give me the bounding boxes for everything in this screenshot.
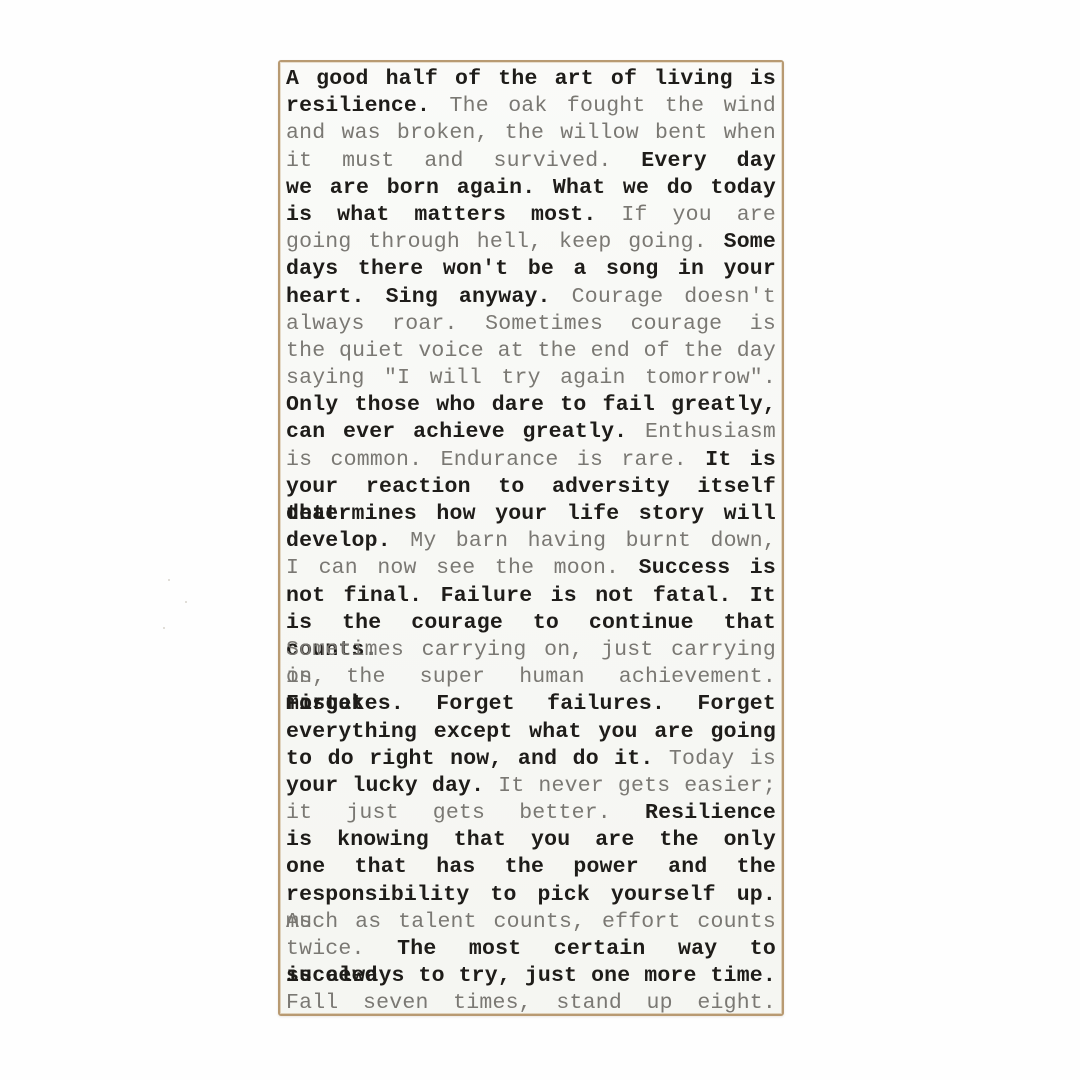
text-line: determines how your life story will [286,501,776,528]
quote-segment-dark: one that has the power and the [286,855,776,879]
photo-background: A good half of the art of living isresil… [0,0,1080,1080]
text-line: one that has the power and the [286,854,776,881]
text-line: much as talent counts, effort counts [286,909,776,936]
text-line: Fall seven times, stand up eight. [286,990,776,1017]
text-line: the quiet voice at the end of the day [286,338,776,365]
text-line: resilience. The oak fought the wind [286,93,776,120]
quote-sign-board: A good half of the art of living isresil… [278,60,784,1016]
text-line: is common. Endurance is rare. It is [286,447,776,474]
quote-segment-dark: to do right now, and do it. [286,747,654,771]
text-line: going through hell, keep going. Some [286,229,776,256]
quote-segment-dark: heart. Sing anyway. [286,285,551,309]
quote-segment-light: Fall seven times, stand up eight. [286,991,776,1015]
text-line: responsibility to pick yourself up. As [286,882,776,909]
text-line: days there won't be a song in your [286,256,776,283]
quote-segment-dark: Only those who dare to fail greatly, [286,393,776,417]
text-line: is the super human achievement. Forget [286,664,776,691]
quote-segment-dark: Resilience [611,801,776,825]
text-line: not final. Failure is not fatal. It [286,583,776,610]
quote-segment-light: My barn having burnt down, [391,529,776,553]
quote-segment-light: The oak fought the wind [430,94,776,118]
quote-segment-dark: develop. [286,529,391,553]
text-line: Sometimes carrying on, just carrying on, [286,637,776,664]
text-line: heart. Sing anyway. Courage doesn't [286,284,776,311]
quote-segment-light: Today is [654,747,777,771]
quote-segment-light: is the super human achievement. [286,665,776,689]
quote-segment-light: Courage doesn't [551,285,776,309]
text-line: A good half of the art of living is [286,66,776,93]
text-line: mistakes. Forget failures. Forget [286,691,776,718]
text-line: twice. The most certain way to succeed [286,936,776,963]
text-line: and was broken, the willow bent when [286,120,776,147]
quote-segment-dark: is always to try, just one more time. [286,964,776,988]
quote-segment-dark: is what matters most. [286,203,597,227]
quote-segment-dark: responsibility to pick yourself up. [286,883,776,907]
text-line: everything except what you are going [286,719,776,746]
text-line: can ever achieve greatly. Enthusiasm [286,419,776,446]
dust-speck [168,579,170,581]
quote-segment-dark: resilience. [286,94,430,118]
text-line: develop. My barn having burnt down, [286,528,776,555]
quote-segment-dark: A good half of the art of living is [286,67,776,91]
text-line: always roar. Sometimes courage is [286,311,776,338]
quote-segment-light: I can now see the moon. [286,556,619,580]
quote-segment-dark: days there won't be a song in your [286,257,776,281]
quote-segment-light: is common. Endurance is rare. [286,448,687,472]
quote-text-block: A good half of the art of living isresil… [286,66,776,1018]
text-line: it just gets better. Resilience [286,800,776,827]
quote-segment-dark: mistakes. Forget failures. Forget [286,692,776,716]
quote-segment-light: it must and survived. [286,149,611,173]
quote-segment-light: If you are [597,203,776,227]
text-line: it must and survived. Every day [286,148,776,175]
text-line: is what matters most. If you are [286,202,776,229]
quote-segment-light: saying "I will try again tomorrow". [286,366,776,390]
quote-segment-dark: Some [707,230,776,254]
quote-segment-light: It never gets easier; [484,774,776,798]
quote-segment-light: Enthusiasm [627,420,776,444]
text-line: I can now see the moon. Success is [286,555,776,582]
quote-segment-dark: Every day [611,149,776,173]
dust-speck [185,601,187,603]
quote-segment-dark: It is [687,448,776,472]
text-line: is the courage to continue that counts. [286,610,776,637]
quote-segment-dark: not final. Failure is not fatal. It [286,584,776,608]
text-line: we are born again. What we do today [286,175,776,202]
quote-segment-light: twice. [286,937,365,961]
text-line: your lucky day. It never gets easier; [286,773,776,800]
quote-segment-dark: your lucky day. [286,774,484,798]
text-line: Only those who dare to fail greatly, [286,392,776,419]
quote-segment-dark: determines how your life story will [286,502,776,526]
quote-segment-light: it just gets better. [286,801,611,825]
quote-segment-dark: can ever achieve greatly. [286,420,627,444]
quote-segment-light: the quiet voice at the end of the day [286,339,776,363]
quote-segment-dark: is knowing that you are the only [286,828,776,852]
quote-segment-dark: everything except what you are going [286,720,776,744]
text-line: is always to try, just one more time. [286,963,776,990]
quote-segment-light: and was broken, the willow bent when [286,121,776,145]
text-line: saying "I will try again tomorrow". [286,365,776,392]
dust-speck [163,627,165,629]
quote-segment-dark: Success is [619,556,776,580]
quote-segment-light: much as talent counts, effort counts [286,910,776,934]
text-line: is knowing that you are the only [286,827,776,854]
text-line: your reaction to adversity itself that [286,474,776,501]
text-line: to do right now, and do it. Today is [286,746,776,773]
quote-segment-dark: we are born again. What we do today [286,176,776,200]
quote-segment-light: going through hell, keep going. [286,230,707,254]
quote-segment-light: always roar. Sometimes courage is [286,312,776,336]
